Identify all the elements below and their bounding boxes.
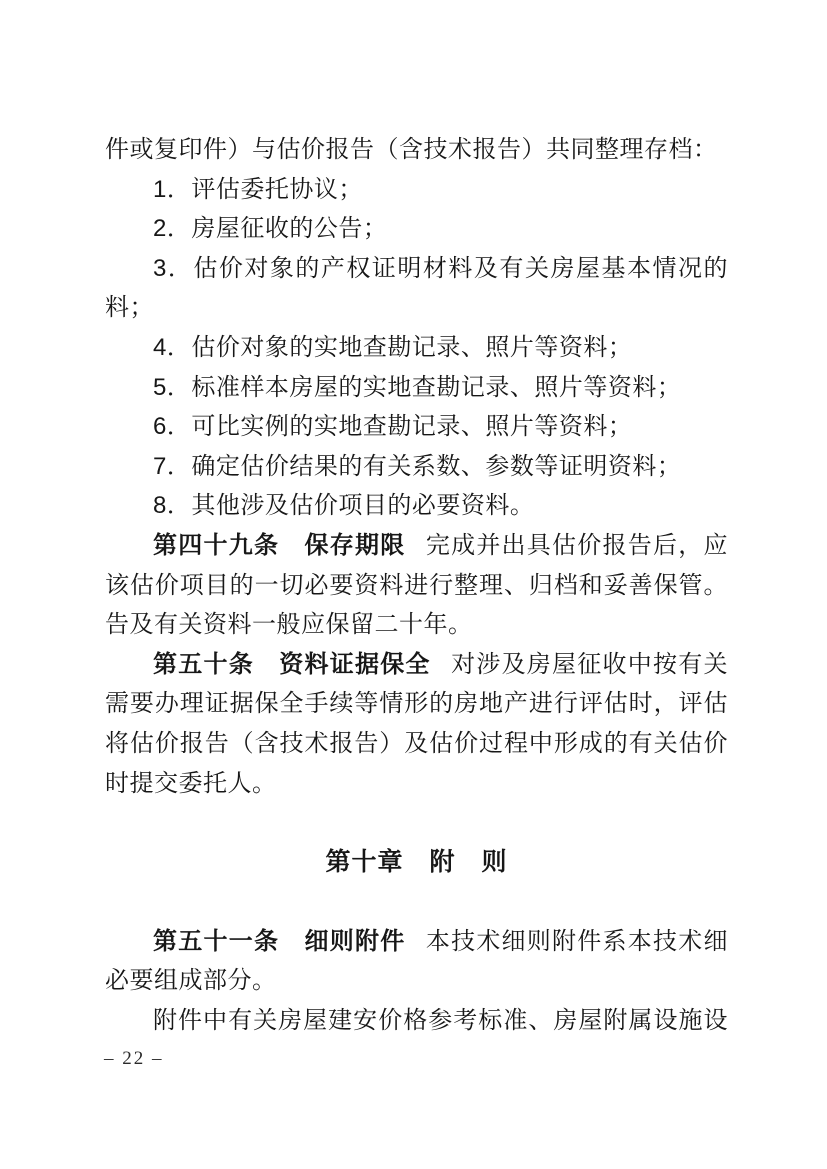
text-line: 该估价项目的一切必要资料进行整理、归档和妥善保管。估价报 [105, 566, 728, 606]
article-50-line: 第五十条 资料证据保全对涉及房屋征收中按有关规定， [105, 645, 728, 685]
list-item-2: 2．房屋征收的公告； [105, 209, 728, 249]
article-51-line: 第五十一条 细则附件本技术细则附件系本技术细则的 [105, 922, 728, 962]
text-line: 告及有关资料一般应保留二十年。 [105, 605, 728, 645]
blank-line [105, 882, 728, 922]
list-item-3: 3．估价对象的产权证明材料及有关房屋基本情况的证明材 [105, 249, 728, 289]
text-line: 附件中有关房屋建安价格参考标准、房屋附属设施设备、装 [105, 1001, 728, 1041]
list-item-1: 1．评估委托协议； [105, 170, 728, 210]
article-49-title: 第四十九条 保存期限 [153, 532, 405, 559]
text-line: 将估价报告（含技术报告）及估价过程中形成的有关估价资料同 [105, 724, 728, 764]
page-body-text: 件或复印件）与估价报告（含技术报告）共同整理存档： 1．评估委托协议； 2．房屋… [105, 130, 728, 1041]
text-line: 时提交委托人。 [105, 764, 728, 804]
list-item-3-continuation: 料； [105, 288, 728, 328]
text-line: 需要办理证据保全手续等情形的房地产进行评估时，评估机构应 [105, 684, 728, 724]
list-item-5: 5．标准样本房屋的实地查勘记录、照片等资料； [105, 368, 728, 408]
text-line: 件或复印件）与估价报告（含技术报告）共同整理存档： [105, 130, 728, 170]
chapter-10-heading: 第十章 附 则 [105, 843, 728, 883]
document-page: 件或复印件）与估价报告（含技术报告）共同整理存档： 1．评估委托协议； 2．房屋… [0, 0, 827, 1169]
article-50-title: 第五十条 资料证据保全 [153, 651, 431, 678]
list-item-7: 7．确定估价结果的有关系数、参数等证明资料； [105, 447, 728, 487]
page-number: – 22 – [104, 1045, 164, 1073]
list-item-4: 4．估价对象的实地查勘记录、照片等资料； [105, 328, 728, 368]
list-item-8: 8．其他涉及估价项目的必要资料。 [105, 486, 728, 526]
blank-line [105, 803, 728, 843]
text-line: 必要组成部分。 [105, 961, 728, 1001]
list-item-6: 6．可比实例的实地查勘记录、照片等资料； [105, 407, 728, 447]
article-51-title: 第五十一条 细则附件 [153, 928, 405, 955]
article-49-line: 第四十九条 保存期限完成并出具估价报告后，应对有关 [105, 526, 728, 566]
